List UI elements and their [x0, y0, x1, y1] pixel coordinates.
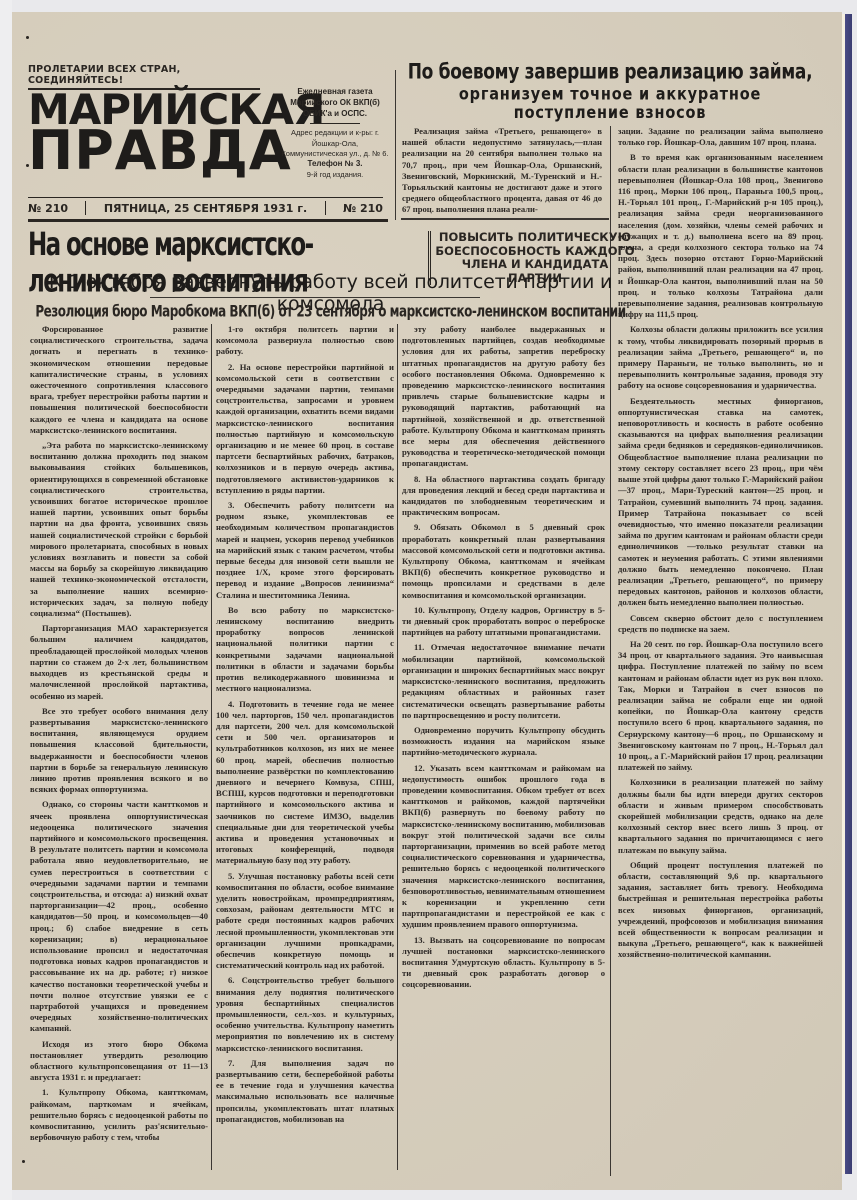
paragraph: Совсем скверно обстоит дело с поступлени…: [618, 613, 823, 635]
paragraph: Все это требует особого внимания делу ра…: [30, 706, 208, 796]
issue-date: ПЯТНИЦА, 25 СЕНТЯБРЯ 1931 г.: [104, 202, 307, 215]
paragraph: 8. На областного партактива создать бриг…: [402, 474, 605, 519]
paragraph: эту работу наиболее выдержанных и подгот…: [402, 324, 605, 470]
paragraph: Бездеятельность местных финорганов, оппо…: [618, 396, 823, 609]
divider: [310, 123, 360, 124]
paragraph: 1-го октября политсеть партии и комсомол…: [216, 324, 394, 358]
issue-number-left: № 210: [28, 202, 68, 215]
paragraph: 10. Культпропу, Отделу кадров, Оргинстру…: [402, 605, 605, 639]
paragraph: „Эта работа по марксистско-ленинскому во…: [30, 440, 208, 619]
paragraph: 11. Отмечая недостаточное внимание печат…: [402, 642, 605, 720]
paragraph: 6. Соцстроительство требует большого вни…: [216, 975, 394, 1053]
loan-headline-1: По боевому завершив реализацию займа,: [400, 60, 820, 85]
paragraph: На 20 сент. по гор. Йошкар-Ола поступило…: [618, 639, 823, 773]
ink-speck: [26, 36, 29, 39]
dateline: № 210 ПЯТНИЦА, 25 СЕНТЯБРЯ 1931 г. № 210: [28, 197, 383, 218]
paragraph: Исходя из этого бюро Обкома постановляет…: [30, 1039, 208, 1084]
divider: [85, 201, 86, 215]
paragraph: 13. Вызвать на соцсоревнование по вопрос…: [402, 935, 605, 991]
horizontal-rule: [28, 219, 388, 222]
paragraph: Общий процент поступления платежей по об…: [618, 860, 823, 961]
paragraph: Парторганизация МАО характеризуется боль…: [30, 623, 208, 701]
resolution-col1: Форсированное развитие социалистического…: [30, 324, 208, 1174]
horizontal-rule: [401, 218, 609, 220]
paragraph: 9. Обязать Обкомол в 5 дневный срок прор…: [402, 522, 605, 600]
masthead-info: Ежедневная газета Марийского ОК ВКП(б) О…: [280, 87, 390, 180]
masthead-line2: ПРАВДА: [28, 128, 278, 174]
resolution-title: Резолюция бюро Маробкома ВКП(б) от 23 се…: [28, 302, 633, 320]
paragraph: Форсированное развитие социалистического…: [30, 324, 208, 436]
paragraph: Одновременно поручить Культпропу обсудит…: [402, 725, 605, 759]
paragraph: Однако, со стороны части кантткомов и яч…: [30, 799, 208, 1034]
paragraph: В то время как организованным населением…: [618, 152, 823, 320]
divider: [325, 201, 326, 215]
phone-info: Телефон № 3.: [280, 159, 390, 170]
masthead: МАРИЙСКАЯ ПРАВДА: [28, 92, 278, 174]
paragraph: Колхозы области должны приложить все уси…: [618, 324, 823, 391]
loan-article-headline: По боевому завершив реализацию займа, ор…: [400, 62, 820, 120]
horizontal-rule: [150, 297, 480, 298]
paragraph: Реализация займа «Третьего, решающего» в…: [402, 126, 602, 216]
issue-number-right: № 210: [343, 202, 383, 215]
address-info: Адрес редакции и к-ры: г. Йошкар-Ола, Ко…: [280, 128, 390, 158]
paragraph: 3. Обеспечить работу политсети на родном…: [216, 500, 394, 601]
column-rule: [211, 324, 212, 1170]
loan-headline-2: организуем точное и аккуратное поступлен…: [400, 86, 820, 123]
column-rule: [397, 324, 398, 1170]
paragraph: 7. Для выполнения задач по развертыванию…: [216, 1058, 394, 1125]
paragraph: 5. Улучшая постановку работы всей сети к…: [216, 871, 394, 972]
paragraph: 2. На основе перестройки партийной и ком…: [216, 362, 394, 496]
loan-article-col2: зации. Задание по реализации займа выпол…: [618, 126, 823, 1176]
paragraph: зации. Задание по реализации займа выпол…: [618, 126, 823, 148]
paragraph: Во всю работу по марксистско-ленинскому …: [216, 605, 394, 695]
column-rule: [395, 70, 396, 220]
paragraph: Колхозники в реализации платежей по займ…: [618, 777, 823, 855]
publisher-info: Ежедневная газета Марийского ОК ВКП(б) О…: [280, 87, 390, 119]
loan-article-col1: Реализация займа «Третьего, решающего» в…: [402, 126, 602, 220]
binding-edge: [842, 14, 852, 1174]
paragraph: 4. Подготовить в течение года не менее 1…: [216, 699, 394, 867]
resolution-col2: 1-го октября политсеть партии и комсомол…: [216, 324, 394, 1174]
year-info: 9-й год издания.: [280, 170, 390, 180]
paragraph: 12. Указать всем кантткомам и райкомам н…: [402, 763, 605, 931]
resolution-col3: эту работу наиболее выдержанных и подгот…: [402, 324, 605, 1174]
paragraph: 1. Культпропу Обкома, кантткомам, райком…: [30, 1087, 208, 1143]
ink-speck: [22, 1160, 25, 1163]
